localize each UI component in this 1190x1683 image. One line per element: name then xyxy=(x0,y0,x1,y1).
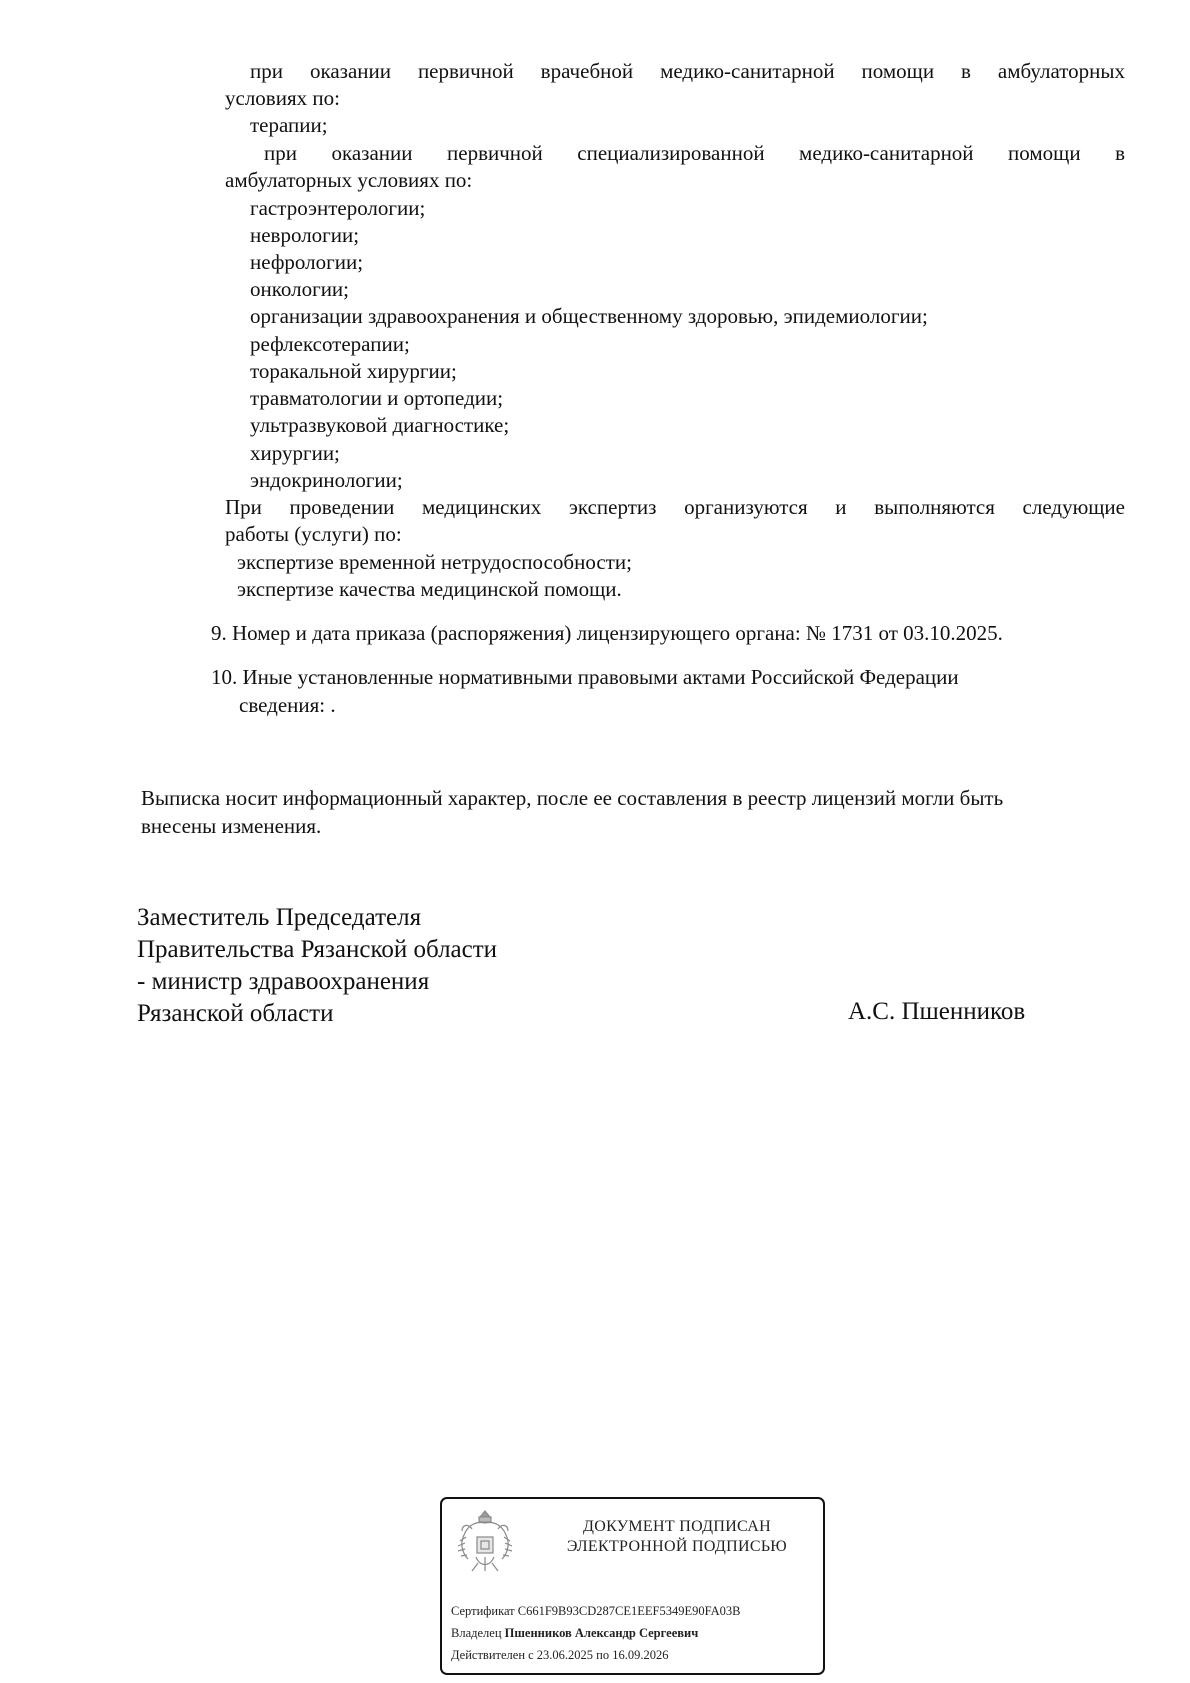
item-10-line2: сведения: . xyxy=(239,692,336,719)
list-item: рефлексотерапии; xyxy=(250,331,410,358)
list-item: терапии; xyxy=(250,112,328,139)
list-item: ультразвуковой диагностике; xyxy=(250,412,509,439)
list-item: хирургии; xyxy=(250,440,340,467)
list-item: гастроэнтерологии; xyxy=(250,195,425,222)
list-item: организации здравоохранения и общественн… xyxy=(250,303,928,330)
signatory-title-line: Рязанской области xyxy=(137,998,333,1030)
list-item: эндокринологии; xyxy=(250,467,403,494)
specialized-care-line2: амбулаторных условиях по: xyxy=(225,167,472,194)
electronic-signature-stamp: ДОКУМЕНТ ПОДПИСАН ЭЛЕКТРОННОЙ ПОДПИСЬЮ С… xyxy=(440,1497,825,1675)
russian-coat-of-arms-icon xyxy=(454,1507,516,1575)
list-item: экспертизе временной нетрудоспособности; xyxy=(237,549,632,576)
signatory-title-line: Заместитель Председателя xyxy=(137,902,421,934)
owner-line: Владелец Пшенников Александр Сергеевич xyxy=(451,1625,698,1641)
validity-line: Действителен с 23.06.2025 по 16.09.2026 xyxy=(451,1647,669,1663)
disclaimer-line2: внесены изменения. xyxy=(141,813,321,840)
list-item: травматологии и ортопедии; xyxy=(250,385,503,412)
signatory-title-line: - министр здравоохранения xyxy=(137,966,429,998)
expertise-line2: работы (услуги) по: xyxy=(225,521,402,548)
document-page: при оказании первичной врачебной медико-… xyxy=(0,0,1190,1683)
disclaimer-line1: Выписка носит информационный характер, п… xyxy=(141,785,1003,812)
expertise-line1: При проведении медицинских экспертиз орг… xyxy=(225,494,1125,521)
owner-name: Пшенников Александр Сергеевич xyxy=(505,1626,699,1640)
signatory-name: А.С. Пшенников xyxy=(848,996,1025,1028)
list-item: торакальной хирургии; xyxy=(250,358,457,385)
item-10-line1: 10. Иные установленные нормативными прав… xyxy=(211,664,959,691)
primary-care-line1: при оказании первичной врачебной медико-… xyxy=(250,58,1125,85)
specialized-care-line1: при оказании первичной специализированно… xyxy=(264,140,1125,167)
certificate-number: C661F9B93CD287CE1EEF5349E90FA03B xyxy=(518,1604,741,1618)
list-item: нефрологии; xyxy=(250,249,363,276)
stamp-title: ДОКУМЕНТ ПОДПИСАН ЭЛЕКТРОННОЙ ПОДПИСЬЮ xyxy=(542,1517,812,1557)
list-item: неврологии; xyxy=(250,222,359,249)
item-9-order-number: 9. Номер и дата приказа (распоряжения) л… xyxy=(211,620,1003,647)
certificate-line: Сертификат C661F9B93CD287CE1EEF5349E90FA… xyxy=(451,1603,740,1619)
signatory-title-line: Правительства Рязанской области xyxy=(137,934,497,966)
stamp-title-line2: ЭЛЕКТРОННОЙ ПОДПИСЬЮ xyxy=(542,1537,812,1557)
stamp-title-line1: ДОКУМЕНТ ПОДПИСАН xyxy=(542,1517,812,1537)
primary-care-line2: условиях по: xyxy=(225,85,340,112)
owner-label: Владелец xyxy=(451,1626,502,1640)
list-item: экспертизе качества медицинской помощи. xyxy=(237,576,622,603)
certificate-label: Сертификат xyxy=(451,1604,515,1618)
list-item: онкологии; xyxy=(250,276,349,303)
